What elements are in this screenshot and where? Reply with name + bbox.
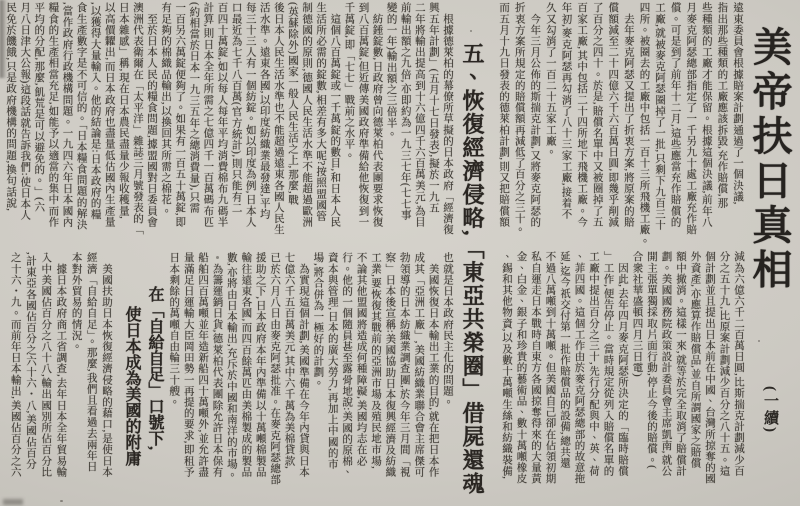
text-column: 」工作,便告停止。當時規定從列入賠償名單的 — [600, 251, 615, 506]
text-column: 分之五十九,比原案計劃減少百分之八十五。這 — [716, 251, 731, 506]
article-title: 美帝扶日真相 — [742, 26, 798, 306]
text-column: 百家工廠,其中包括二十四所地下飛機工廠。今 — [573, 2, 589, 245]
text-column: 久又勾消了一百二十五家工廠。 — [542, 2, 558, 245]
text-column: ,計東亞各國佔百分之六十六・八,美國佔百分 — [23, 252, 38, 506]
text-column: 這個八百萬錠或一千萬錠的數目,和日本人民 — [327, 2, 341, 245]
text-column: 額中撤消。這樣一來,就等於完全取消了賠償計 — [673, 251, 688, 506]
text-column: 為實現這個計劃,美國準備在今年內貸與日本 — [296, 252, 310, 506]
text-column: 千萬錠,即「七七」戰前之水平。 — [341, 2, 355, 245]
text-column: 劃。美國國務院政策設計委員會主席凱南,就公 — [658, 251, 673, 506]
text-column: 減為六億六千二百萬日圓,比斯揣克計劃減少百 — [731, 251, 746, 506]
text-column: 資本與管理,日本的廣大勞力,再加上中國的市 — [324, 252, 338, 506]
ink-speck — [60, 500, 63, 502]
text-column: 延,迄今祇交付第一批作賠償品的設備,總共還 — [557, 251, 572, 506]
text-column: 行。他的一個隨員甚至露骨地說:美國的原棉、 — [339, 252, 353, 506]
text-column: 月八日津大公報)這段話就告訴我們:使日本人 — [17, 2, 31, 245]
text-column: 平均的分配,那麼,飢荒是可以避免的。」(六 — [31, 2, 45, 245]
text-column: 私自運走日本戰時自東方各國掠奪得來的大量黃 — [528, 251, 543, 506]
text-column: 指出那些種類的工廠應該拆毀,充作賠償,那 — [714, 2, 730, 245]
text-column: 興五年計劃」(五月十七日發表),擬於一九五 — [426, 2, 440, 245]
text-column: 到八百萬錠,但近傳美國政府準備給他恢復到一 — [355, 2, 369, 245]
text-column: 量滿足日運輸大臣岡田勢一再提的要求,即租予 — [180, 252, 194, 506]
text-column: 、錫和其他物資,以及數十萬噸生絲和紡織裝備, — [499, 251, 514, 506]
text-column: 七億六千五百萬美元,其中六千萬為美棉貸款, — [281, 252, 295, 506]
text-column: 察」日本後宣稱:美國協助日本復興經濟及紡織 — [382, 252, 396, 506]
text-column: 活水準。遠東各國,以印度紡織業最發達,平均 — [257, 2, 271, 245]
ink-speck — [758, 340, 760, 342]
text-column: 不論其他盟國將造成何種障礙,美國均志在必 — [353, 252, 367, 506]
scan-edge-smudge — [0, 0, 7, 78]
text-column: 有足夠的棉織品輸出,以換回其所需之棉花。 — [158, 2, 172, 245]
text-column: 口最近為七千八百萬(官方統計),則只能有二 — [229, 2, 243, 245]
text-column: 了百分之四十。於是,賠償名單中又被圈掉了五 — [589, 2, 605, 245]
text-column: 糧食的生產相當充足,如能予以適當的集中而作 — [45, 2, 59, 245]
text-column: 成其「亞洲工廠」,美國紡織業聯合會主席傑可 — [411, 252, 425, 506]
text-column: 食生產數字是不可信的。「日本糧食問題的解決 — [73, 2, 87, 245]
section-five-bottom-band: 也就是日本政府民主化的問題。 美國恢復日本輸出工業的目的,就在把日本作成其「亞洲… — [166, 252, 454, 506]
text-column: 之十六・九。而前年日本輸出,美國佔百分之六 — [8, 252, 23, 506]
text-column: ,當作政府行政機構問題。一九四六年日本國內 — [59, 2, 73, 245]
text-column: 日本雜感」稱,現在日本農民盡量少報收穫量, — [116, 2, 130, 245]
ink-speck — [470, 30, 472, 32]
text-column: 根據德萊柏的幕僚所草擬的日本政府「經濟復 — [440, 2, 454, 245]
text-column: 為籌運銷日貨,德萊柏代表團除允許日本保有 — [209, 252, 223, 506]
text-column: 援助之下,日本政府本年內準備以十萬噸棉製品 — [252, 252, 266, 506]
section-heading-six: 在「自給自足」口號下, 使日本成為美國的附庸 — [118, 286, 166, 504]
text-column: 紡錘錠數,日政府曾向德萊柏代表團要求恢復 — [369, 2, 383, 245]
text-column: 場,將合併為一極好的計劃。 — [310, 252, 324, 506]
text-column: 去年麥克阿瑟又提出了折衷方案,將原案的賠 — [620, 2, 636, 245]
text-column: 工業,要恢復其戰前的亞洲市場及殖民地市場, — [368, 252, 382, 506]
text-column: (英蘇除外)國家一般人民生活之上,那麼,戰 — [285, 2, 299, 245]
reparations-section-top-band: 遠東委員會根據賠案計劃通過了一個決議,指出那些種類的工廠應該拆毀,充作賠償,那些… — [495, 2, 745, 245]
text-column: 計算,則日本全年所需之七億四千一百萬碼布匹 — [200, 2, 214, 245]
text-column: 月麥克阿瑟總部指定了一千另九十處工廠充作賠 — [683, 2, 699, 245]
text-column: 以高價糶出,而日本政府也盡量低估國內生產量 — [102, 2, 116, 245]
reparations-section-bottom-band: 減為六億六千二百萬日圓,比斯揣克計劃減少百分之五十九,比原案計劃減少百分之八十五… — [498, 251, 745, 506]
text-column: 一百另六萬錠便夠了。如果有一百五十萬錠,即 — [172, 2, 186, 245]
text-column: (約相當於日本一九三五年之總消費量),只需 — [186, 2, 200, 245]
text-column: 開主張單獨採取片面行動,停止今後的賠償。( — [644, 251, 659, 506]
text-column: 工廠,就被麥克阿瑟圈掉了一批,只剩下九百三十 — [651, 2, 667, 245]
text-column: 因此,去年四月麥克阿瑟所決定的「臨時賠償 — [615, 251, 630, 506]
text-column: 而五月十九日發表的德萊柏計劃,則又把賠償額 — [496, 2, 512, 245]
text-column: 澳洲代表衛爾在「太平洋」雜誌三月號發表的「 — [130, 2, 144, 245]
text-column: 輸往遠東各國,而四百餘萬匹由美棉製成的製品 — [238, 252, 252, 506]
continuation-marker: (一續) — [745, 386, 781, 471]
text-column: 不過八萬噸到十萬噸。但美國自己卻在佔領初期 — [542, 251, 557, 506]
text-column: 制德國的原則,德國人民生活水準不能超過歐洲 — [299, 2, 313, 245]
text-column: 前輸出額之九倍,亦即約為一九三七年(七七事 — [398, 2, 412, 245]
text-column: 償額減至二十四億六千六百萬日圓,即幾乎削減 — [605, 2, 621, 245]
text-column: 美國扶助日本恢復經濟侵略的藉口,是使日本 — [99, 252, 114, 506]
text-column: 船舶四百萬噸並年造新船四十萬噸外,並允許盡 — [195, 252, 209, 506]
text-column: 據日本政府商工省調查,去年日本全年貿易輸 — [53, 252, 68, 506]
text-column: 年初,麥克阿瑟再勾消了八十三家工廠,接着不 — [558, 2, 574, 245]
text-column: 金、白金、銀子和珍貴的藝術品、數十萬噸橡皮 — [513, 251, 528, 506]
section-heading-six-line1: 在「自給自足」口號下, — [143, 286, 166, 504]
text-column: 外資產,亦應算作賠償品,並自所謂國家之賠償 — [687, 251, 702, 506]
text-column: 百四十萬錠,如以每人每年平均消費棉布九碼半 — [214, 2, 228, 245]
scan-corner-mark — [3, 499, 23, 505]
section-five-top-band: 根據德萊柏的幕僚所草擬的日本政府「經濟復興五年計劃」(五月十七日發表),擬於一九… — [2, 2, 454, 245]
text-column: 生活所必需的錠數,相差有多大呢?按照盟國管 — [313, 2, 327, 245]
text-column: 工廠中提出百分之三十,先行分配與中、英、荷 — [586, 251, 601, 506]
section-heading-five: 五、恢復經濟侵略,「東亞共榮圈」借屍還魂 — [450, 42, 488, 504]
text-column: 入中美國佔百分之八十八,輸出國別所佔百分比 — [38, 252, 53, 506]
text-column: 二年將輸出提高到十六億四千六百萬美元,為目 — [412, 2, 426, 245]
text-column: 也就是日本政府民主化的問題。 — [440, 252, 454, 506]
text-column: 經濟「自給自足」。那麼,我們且看過去兩年日 — [84, 252, 99, 506]
text-column: 本對外貿易的情況。 — [68, 252, 83, 506]
text-column: 至於日本人民的糧食問題,據盟國對日委員會 — [144, 2, 158, 245]
text-column: 每三十三人有一個紡錠。如以印度為例,日本人 — [243, 2, 257, 245]
text-column: 折衷方案所規定的賠償額再減低了百分之三十。 — [511, 2, 527, 245]
text-column: 遠東委員會根據賠案計劃通過了一個決議, — [729, 2, 745, 245]
text-column: 美國恢復日本輸出工業的目的,就在把日本作 — [425, 252, 439, 506]
text-column: 勃領導的日本紡織業調查團,於今年三月間「視 — [396, 252, 410, 506]
text-column: 四所。被圈去的工廠中包括一百十三所飛機工廠。 — [636, 2, 652, 245]
section-heading-six-line2: 使日本成為美國的附庸 — [120, 286, 143, 504]
text-column: 些種類的工廠才能保留。根據這個決議,前年八 — [698, 2, 714, 245]
text-column: 日本剩餘的萬噸自由輪三十艘。 — [166, 252, 180, 506]
section-six-bottom-band: 美國扶助日本恢復經濟侵略的藉口,是使日本經濟「自給自足」。那麼,我們且看過去兩年… — [0, 252, 114, 506]
text-column: 後日本人民生活水準也不能超過遠東各國人民生 — [271, 2, 285, 245]
scanned-newspaper-page: 美帝扶日真相 (一續) 遠東委員會根據賠案計劃通過了一個決議,指出那些種類的工廠… — [0, 0, 800, 506]
text-column: 今年三月公佈的斯揣克計劃,又將麥克阿瑟的 — [527, 2, 543, 245]
text-column: 變的一年)輸出額之三倍半。 — [384, 2, 398, 245]
text-column: 已於六月八日由麥克阿瑟批准。在麥克阿瑟總部 — [267, 252, 281, 506]
text-column: ,以獲得大量輸入。他的結論是:日本政府的糧 — [88, 2, 102, 245]
text-column: 、菲四國。這個工作由於麥克阿瑟總部的故意拖 — [571, 251, 586, 506]
ink-speck — [641, 8, 644, 11]
text-column: 償。可是到了前年十二月,這些應當充作賠償的 — [667, 2, 683, 245]
ink-speck — [610, 120, 612, 122]
ink-speck — [216, 256, 219, 259]
text-column: 合衆社華盛頓四月三日電) — [629, 251, 644, 506]
text-column: 數,亦將由日本輸出,充斥於中國和南洋的市場。 — [224, 252, 238, 506]
text-column: 個計劃並且提出日本前在中國、台灣所掠奪的國 — [702, 251, 717, 506]
